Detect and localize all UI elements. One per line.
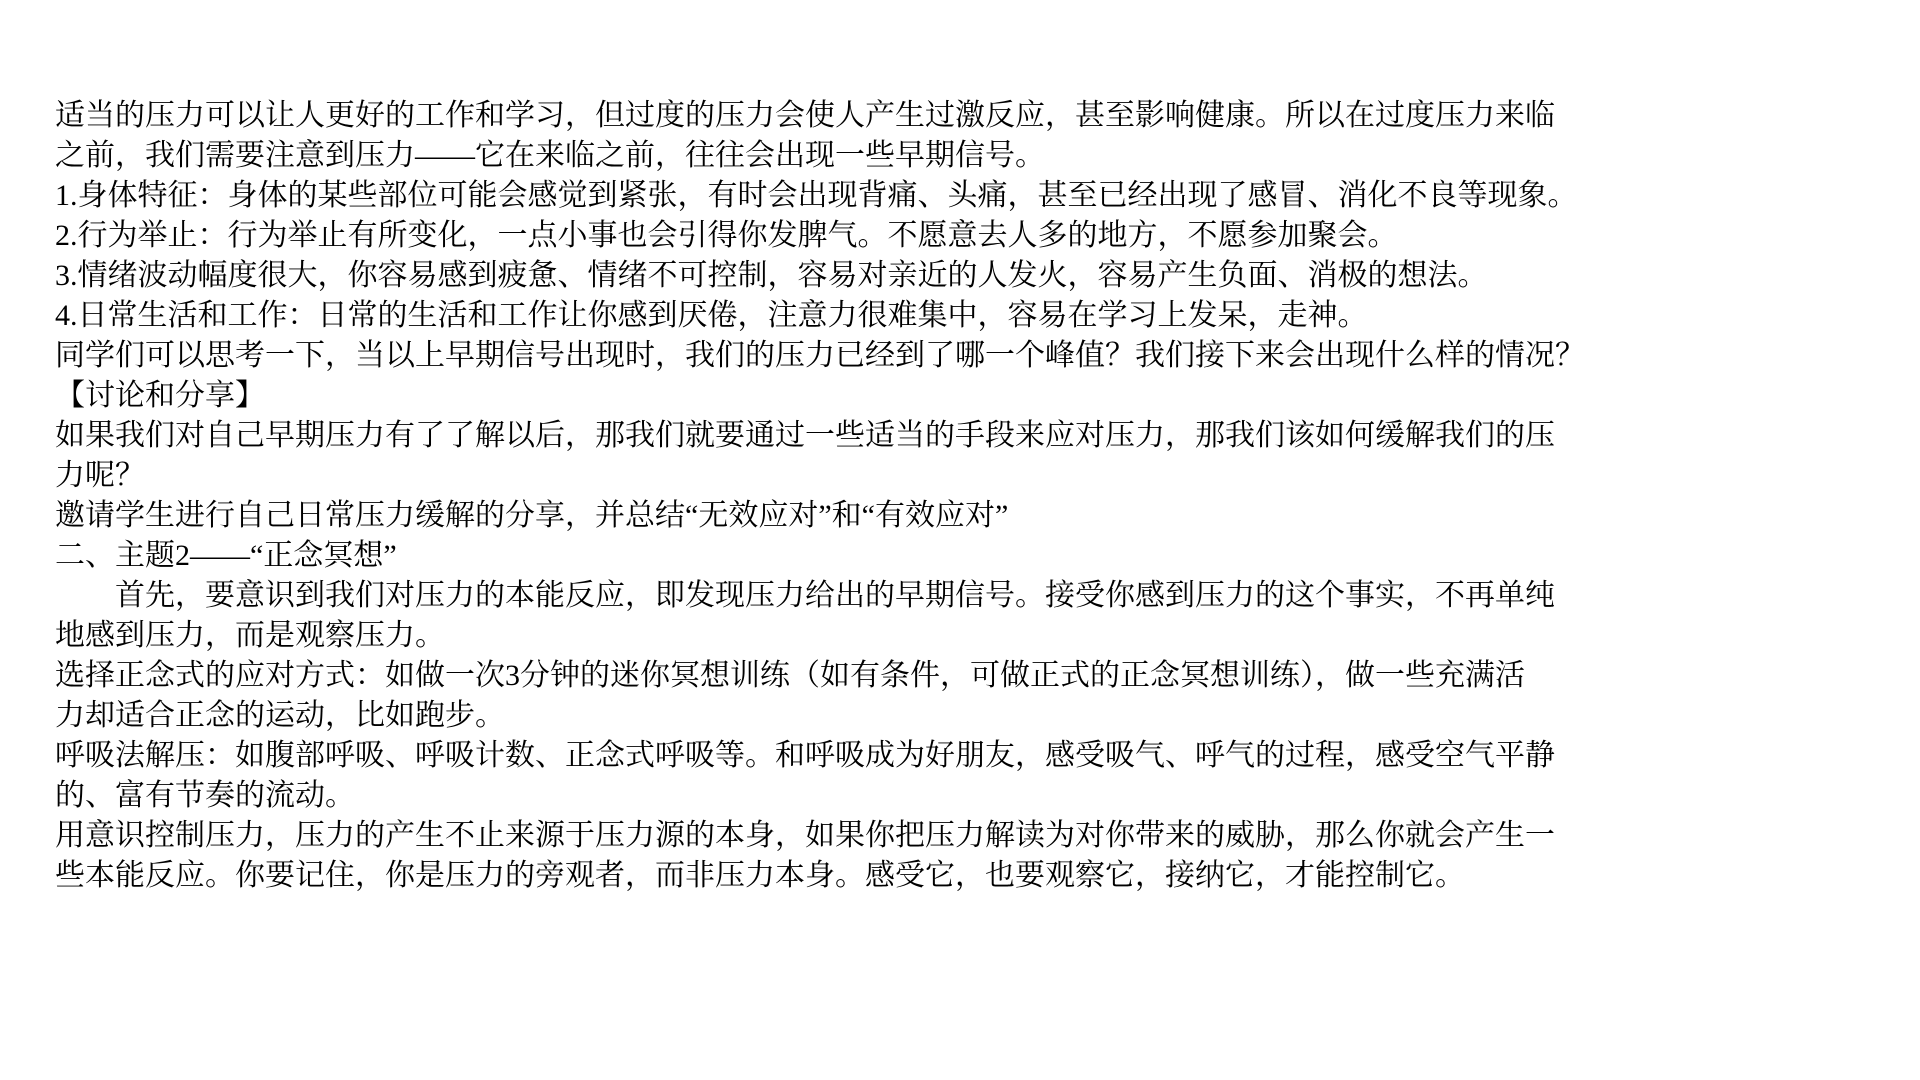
text-line: 2.行为举止：行为举止有所变化，一点小事也会引得你发脾气。不愿意去人多的地方，不… xyxy=(55,216,1920,256)
text-line: 二、主题2——“正念冥想” xyxy=(55,536,1920,576)
text-line: 邀请学生进行自己日常压力缓解的分享，并总结“无效应对”和“有效应对” xyxy=(55,496,1920,536)
document-page: 适当的压力可以让人更好的工作和学习，但过度的压力会使人产生过激反应，甚至影响健康… xyxy=(0,0,1920,1080)
document-text: 适当的压力可以让人更好的工作和学习，但过度的压力会使人产生过激反应，甚至影响健康… xyxy=(55,96,1920,896)
text-line: 力呢？ xyxy=(55,456,1920,496)
text-line: 呼吸法解压：如腹部呼吸、呼吸计数、正念式呼吸等。和呼吸成为好朋友，感受吸气、呼气… xyxy=(55,736,1920,776)
text-line: 用意识控制压力，压力的产生不止来源于压力源的本身，如果你把压力解读为对你带来的威… xyxy=(55,816,1920,856)
text-line: 3.情绪波动幅度很大，你容易感到疲惫、情绪不可控制，容易对亲近的人发火，容易产生… xyxy=(55,256,1920,296)
text-line: 之前，我们需要注意到压力——它在来临之前，往往会出现一些早期信号。 xyxy=(55,136,1920,176)
text-line: 如果我们对自己早期压力有了了解以后，那我们就要通过一些适当的手段来应对压力，那我… xyxy=(55,416,1920,456)
text-line: 选择正念式的应对方式：如做一次3分钟的迷你冥想训练（如有条件，可做正式的正念冥想… xyxy=(55,656,1920,696)
text-line: 4.日常生活和工作：日常的生活和工作让你感到厌倦，注意力很难集中，容易在学习上发… xyxy=(55,296,1920,336)
text-line: 同学们可以思考一下，当以上早期信号出现时，我们的压力已经到了哪一个峰值？我们接下… xyxy=(55,336,1920,376)
text-line: 力却适合正念的运动，比如跑步。 xyxy=(55,696,1920,736)
text-line: 1.身体特征：身体的某些部位可能会感觉到紧张，有时会出现背痛、头痛，甚至已经出现… xyxy=(55,176,1920,216)
text-line: 的、富有节奏的流动。 xyxy=(55,776,1920,816)
text-line: 首先，要意识到我们对压力的本能反应，即发现压力给出的早期信号。接受你感到压力的这… xyxy=(55,576,1920,616)
text-line: 适当的压力可以让人更好的工作和学习，但过度的压力会使人产生过激反应，甚至影响健康… xyxy=(55,96,1920,136)
text-line: 些本能反应。你要记住，你是压力的旁观者，而非压力本身。感受它，也要观察它，接纳它… xyxy=(55,856,1920,896)
text-line: 【讨论和分享】 xyxy=(55,376,1920,416)
text-line: 地感到压力，而是观察压力。 xyxy=(55,616,1920,656)
